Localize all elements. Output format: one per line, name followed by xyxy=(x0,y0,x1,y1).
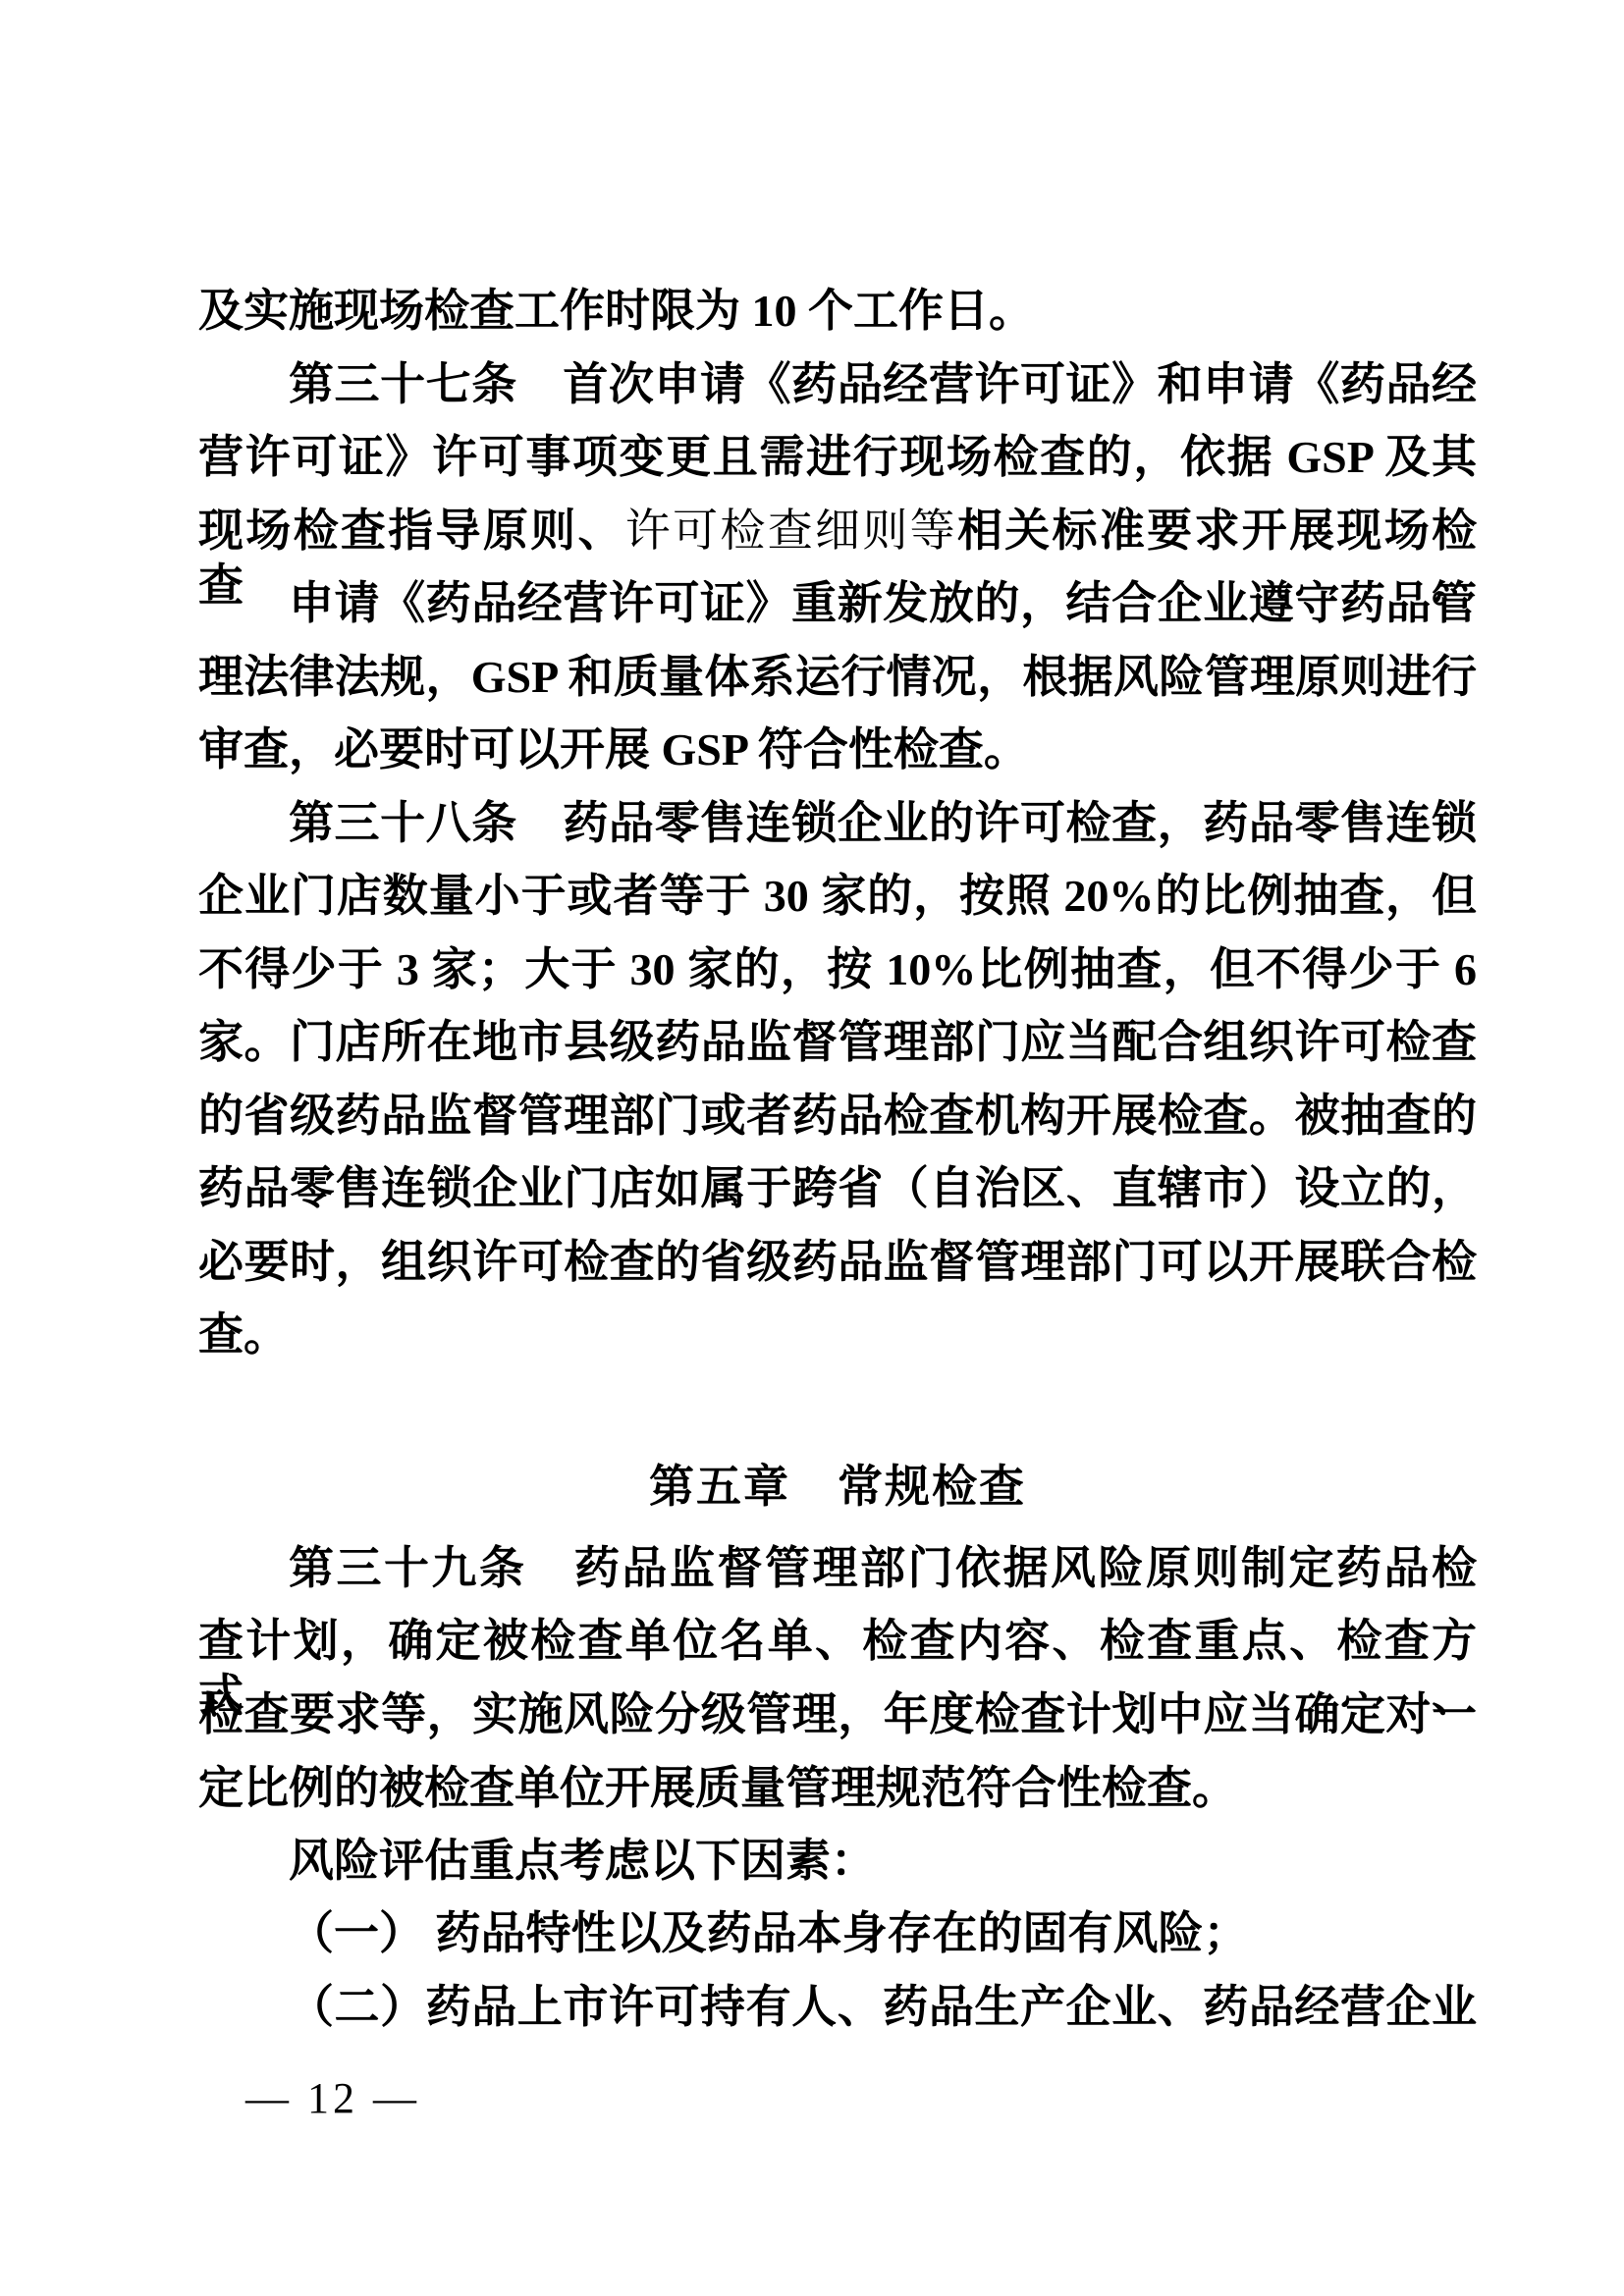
text-line: 查。 xyxy=(198,1308,1477,1362)
text-line: 家。门店所在地市县级药品监督管理部门应当配合组织许可检查 xyxy=(198,1015,1477,1070)
text-line: 定比例的被检查单位开展质量管理规范符合性检查。 xyxy=(198,1761,1477,1816)
text-line: 理法律法规，GSP 和质量体系运行情况，根据风险管理原则进行 xyxy=(198,650,1477,705)
text-line: 检查要求等，实施风险分级管理，年度检查计划中应当确定对一 xyxy=(198,1687,1477,1742)
text-line-article-37: 第三十七条 首次申请《药品经营许可证》和申请《药品经 xyxy=(198,357,1477,412)
text-line: 申请《药品经营许可证》重新发放的，结合企业遵守药品管 xyxy=(198,576,1477,631)
text-line: 药品零售连锁企业门店如属于跨省（自治区、直辖市）设立的， xyxy=(198,1161,1477,1216)
text-line: 不得少于 3 家；大于 30 家的，按 10%比例抽查，但不得少于 6 xyxy=(198,942,1477,997)
text-line-article-39: 第三十九条 药品监督管理部门依据风险原则制定药品检 xyxy=(198,1541,1477,1596)
text-line: 的省级药品监督管理部门或者药品检查机构开展检查。被抽查的 xyxy=(198,1089,1477,1144)
text-segment-light-typeface: 许可检查细则等 xyxy=(625,506,957,556)
text-segment: 现场检查指导原则、 xyxy=(198,506,625,556)
text-line: 必要时，组织许可检查的省级药品监督管理部门可以开展联合检 xyxy=(198,1235,1477,1290)
text-line-list-item-1: （一） 药品特性以及药品本身存在的固有风险； xyxy=(198,1906,1477,1961)
text-line-list-item-2: （二）药品上市许可持有人、药品生产企业、药品经营企业 xyxy=(198,1980,1477,2035)
text-line-article-38: 第三十八条 药品零售连锁企业的许可检查，药品零售连锁 xyxy=(198,796,1477,851)
text-line: 企业门店数量小于或者等于 30 家的，按照 20%的比例抽查，但 xyxy=(198,869,1477,924)
text-line: 及实施现场检查工作时限为 10 个工作日。 xyxy=(198,284,1477,339)
text-line: 审查，必要时可以开展 GSP 符合性检查。 xyxy=(198,722,1477,777)
chapter-heading: 第五章 常规检查 xyxy=(198,1460,1477,1515)
text-line: 营许可证》许可事项变更且需进行现场检查的，依据 GSP 及其 xyxy=(198,430,1477,485)
text-line: 风险评估重点考虑以下因素： xyxy=(198,1834,1477,1889)
page-number: — 12 — xyxy=(245,2073,420,2123)
document-page: 及实施现场检查工作时限为 10 个工作日。 第三十七条 首次申请《药品经营许可证… xyxy=(0,0,1624,2296)
